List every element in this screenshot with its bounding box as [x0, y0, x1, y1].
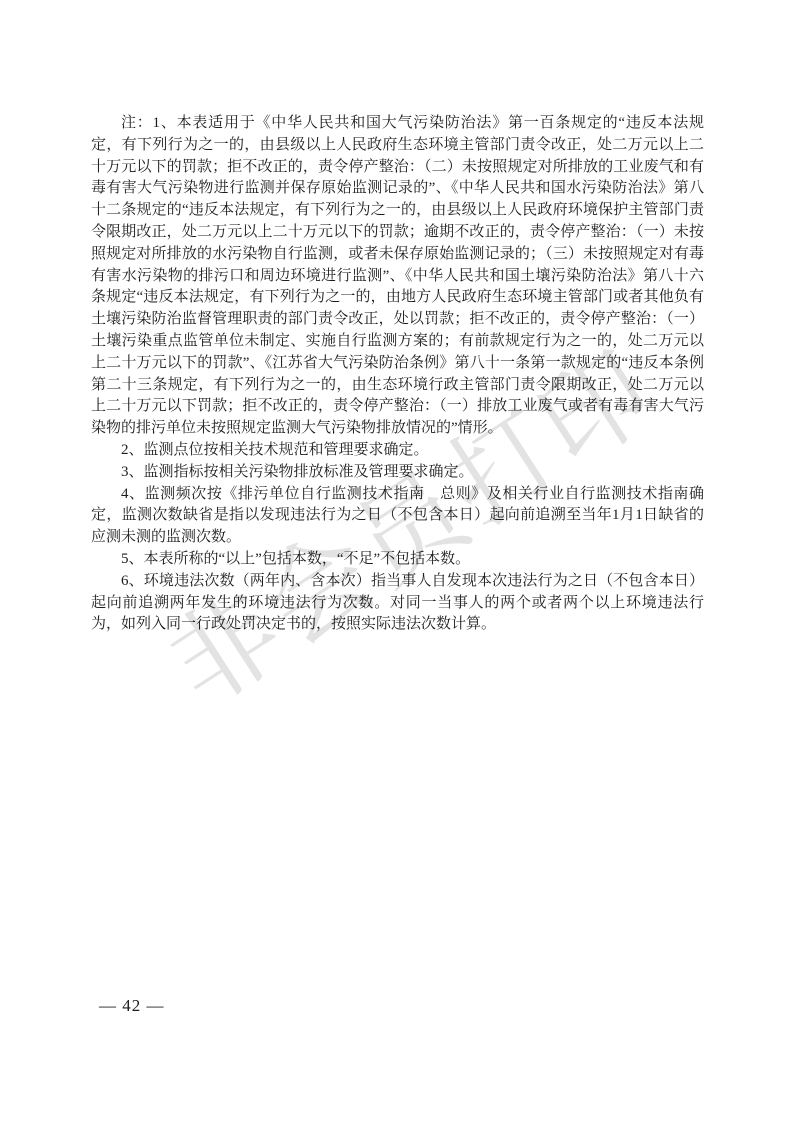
note-paragraph-6: 6、环境违法次数（两年内、含本次）指当事人自发现本次违法行为之日（不包含本日）起…	[91, 571, 704, 636]
note-paragraph-4: 4、监测频次按《排污单位自行监测技术指南 总则》及相关行业自行监测技术指南确定，…	[91, 484, 704, 549]
note-paragraph-5: 5、本表所称的“以上”包括本数，“不足”不包括本数。	[91, 549, 704, 571]
document-page: 非会员打印 注：1、本表适用于《中华人民共和国大气污染防治法》第一百条规定的“违…	[0, 0, 793, 1122]
note-paragraph-3: 3、监测指标按相关污染物排放标准及管理要求确定。	[91, 462, 704, 484]
note-paragraph-1: 注：1、本表适用于《中华人民共和国大气污染防治法》第一百条规定的“违反本法规定，…	[91, 113, 704, 440]
notes-section: 注：1、本表适用于《中华人民共和国大气污染防治法》第一百条规定的“违反本法规定，…	[91, 113, 704, 636]
note-paragraph-2: 2、监测点位按相关技术规范和管理要求确定。	[91, 440, 704, 462]
page-number: — 42 —	[99, 996, 165, 1016]
